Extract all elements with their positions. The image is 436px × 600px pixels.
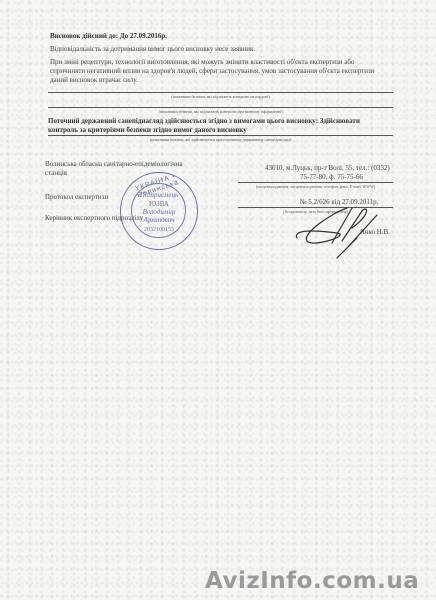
org-name-line1: Волинська обласна санітарно-епідеміологі… (45, 160, 182, 169)
validity-text: Висновок дійсний до: До 27.09.2016р. (50, 32, 167, 41)
divider-line (48, 92, 393, 93)
change-notice-line2: спричиняти негативний вплив на здоров'я … (50, 67, 400, 76)
change-notice-line1: При зміні рецептури, технології виготовл… (50, 58, 400, 67)
stamp-code: 2032100153 (121, 226, 197, 234)
stamp-line1: Підприємець (121, 191, 197, 199)
stamp-line4: Архипович (121, 216, 197, 224)
change-notice-line3: даний висновок втрачає силу. (50, 76, 138, 85)
watermark-text: AvizInfo.com.ua (205, 568, 419, 594)
stamp-line3: Володимир (121, 208, 197, 216)
official-stamp: УКРАЇНА • Волинська Підприємець ЮЗВА Вол… (120, 172, 198, 250)
divider-line (48, 135, 393, 136)
caption-address: (місцезнаходження, місцезнаходження, тел… (238, 184, 393, 189)
org-name-line2: станція (45, 169, 67, 178)
scanned-document-page: Висновок дійсний до: До 27.09.2016р. Від… (0, 0, 436, 600)
divider-line (48, 107, 393, 108)
caption-border-control: (показники безпеки, які підлягають контр… (48, 94, 393, 99)
responsibility-text: Відповідальність за дотримання вимог цьо… (50, 45, 255, 54)
divider-line (238, 182, 393, 183)
protocol-label: Протокол експертизи (45, 193, 108, 202)
caption-customs-control: (показники безпеки, які підлягають контр… (48, 109, 393, 114)
caption-supervision: (показники безпеки, які здійснюються при… (48, 137, 393, 142)
address-line2: 75-77-80, ф. 75-75-66 (300, 173, 363, 182)
supervision-line2: контроль за критеріями безпеки згідно ви… (48, 126, 247, 135)
signature-icon (292, 203, 382, 263)
address-line1: 43010, м.Луцьк, пр-т Волі, 55, тел.: (03… (265, 164, 390, 173)
stamp-line2: ЮЗВА (121, 200, 197, 208)
supervision-line1: Поточний державний санепіднагляд здійсню… (48, 117, 408, 126)
